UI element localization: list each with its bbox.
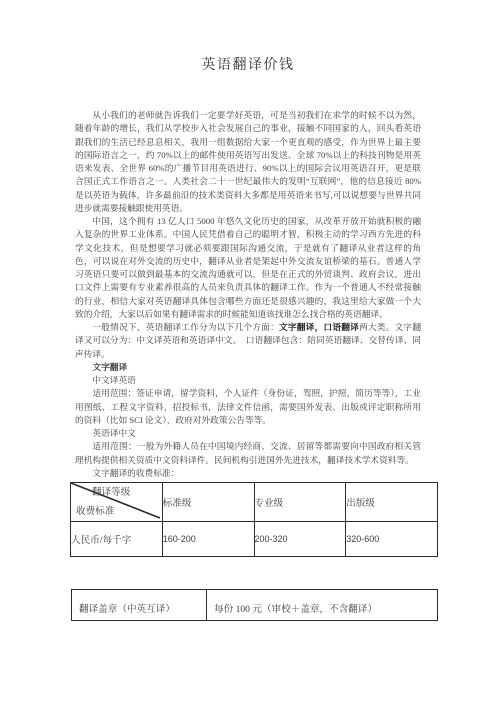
- document-page: 英语翻译价钱 从小我们的老师就告诉我们一定要学好英语，可是当初我们在求学的时候不…: [0, 0, 496, 702]
- categories-intro-text: 一般情况下，英语翻译工作分为以下几个方面：: [92, 322, 279, 332]
- price-table-col-professional: 专业级: [254, 483, 346, 522]
- price-table-header-row: 翻译等级 收费标准 标准级 专业级 出版级: [71, 483, 438, 522]
- price-value-publishing: 320-600: [346, 522, 438, 557]
- price-table-col-standard: 标准级: [162, 483, 254, 522]
- subheading-cn-to-en: 中文译英语: [75, 374, 421, 387]
- price-table-data-row: 人民币/每千字 160-200 200-320 320-600: [71, 522, 438, 557]
- corner-label-grade: 翻译等级: [92, 487, 130, 498]
- corner-label-fee: 收费标准: [76, 506, 114, 517]
- stamp-table: 翻译盖章（中英互译） 每份 100 元（审校＋盖章，不含翻译）: [71, 589, 438, 621]
- scope-cn-to-en: 适用范围：签证申请，留学资料，个人证件（身份证，驾照，护照，简历等等），工业用图…: [75, 387, 421, 427]
- stamp-table-value: 每份 100 元（审校＋盖章，不含翻译）: [207, 590, 438, 621]
- scope-en-to-cn: 适用范围：一般为外籍人员在中国境内经商、交流、居留等都需要向中国政府相关管理机构…: [75, 440, 421, 467]
- document-title: 英语翻译价钱: [75, 56, 421, 76]
- price-value-standard: 160-200: [162, 522, 254, 557]
- categories-paragraph: 一般情况下，英语翻译工作分为以下几个方面：文字翻译，口语翻译两大类。文字翻译又可…: [75, 321, 421, 361]
- subheading-en-to-cn: 英语译中文: [75, 427, 421, 440]
- intro-paragraph-1: 从小我们的老师就告诉我们一定要学好英语，可是当初我们在求学的时候不以为然，随着年…: [75, 109, 421, 215]
- intro-paragraph-2: 中国，这个拥有 13 亿人口 5000 年悠久文化历史的国家，从改革开放开始就积…: [75, 215, 421, 321]
- price-table-col-publishing: 出版级: [346, 483, 438, 522]
- stamp-table-label: 翻译盖章（中英互译）: [72, 590, 207, 621]
- categories-bold-text: 文字翻译，口语翻译: [279, 322, 359, 332]
- price-value-professional: 200-320: [254, 522, 346, 557]
- price-table-label: 文字翻译的收费标准：: [75, 467, 421, 480]
- heading-text-translation: 文字翻译: [75, 361, 421, 374]
- stamp-table-row: 翻译盖章（中英互译） 每份 100 元（审校＋盖章，不含翻译）: [72, 590, 438, 621]
- price-table-corner-cell: 翻译等级 收费标准: [71, 483, 163, 522]
- document-body: 英语翻译价钱 从小我们的老师就告诉我们一定要学好英语，可是当初我们在求学的时候不…: [75, 56, 421, 621]
- price-table: 翻译等级 收费标准 标准级 专业级 出版级 人民币/每千字 160-200 20…: [70, 482, 438, 557]
- price-table-row-label: 人民币/每千字: [71, 522, 163, 557]
